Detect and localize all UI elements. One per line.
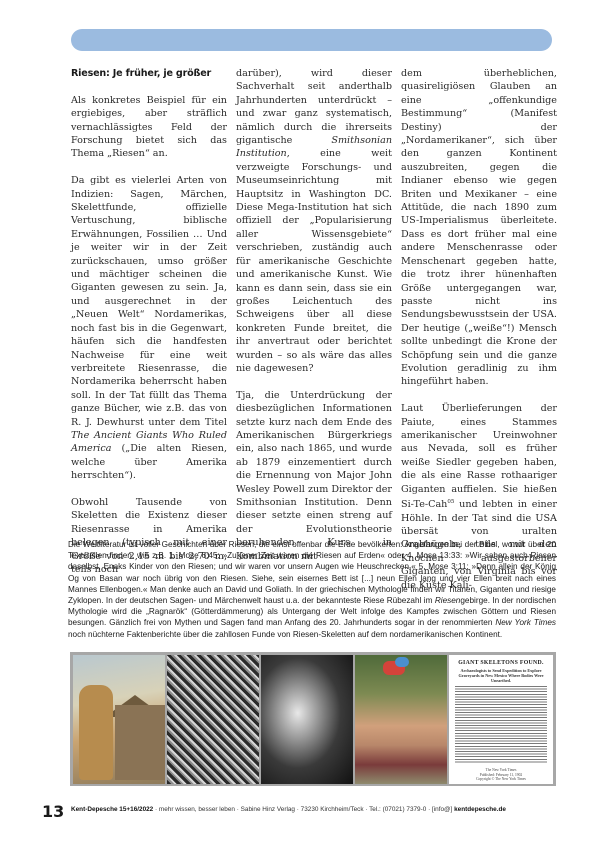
giant-forest-engraving — [167, 655, 259, 784]
newspaper-copyright: Copyright © The New York Times — [455, 777, 547, 782]
top-banner — [71, 29, 552, 51]
paragraph: Als konkretes Beispiel für ein ergiebige… — [71, 94, 227, 161]
image-caption: Die Weltliteratur ist voller Geschichten… — [68, 539, 556, 640]
paragraph: Tja, die Unterdrückung der diesbezüglich… — [236, 389, 392, 563]
newspaper-clipping: GIANT SKELETONS FOUND. Archaeologists to… — [449, 655, 553, 784]
website-link[interactable]: kentdepesche.de — [454, 806, 506, 813]
image-strip: GIANT SKELETONS FOUND. Archaeologists to… — [70, 652, 556, 786]
paragraph: Da gibt es vielerlei Arten von Indizien:… — [71, 174, 227, 482]
giant-bw-illustration — [261, 655, 353, 784]
article-column-3: dem überheblichen, quasireligiösen Glaub… — [401, 67, 557, 605]
sitting-giant-painting — [355, 655, 447, 784]
paragraph: dem überheblichen, quasireligiösen Glaub… — [401, 67, 557, 389]
newspaper-body-text — [455, 686, 547, 764]
article-column-2: darüber), wird dieser Sachverhalt seit a… — [236, 67, 392, 576]
paragraph: darüber), wird dieser Sachverhalt seit a… — [236, 67, 392, 375]
footer: Kent-Depesche 15+16/2022 · mehr wissen, … — [71, 806, 506, 813]
page-number: 13 — [42, 802, 64, 821]
publication-name: Kent-Depesche 15+16/2022 — [71, 806, 153, 813]
newspaper-headline: GIANT SKELETONS FOUND. — [455, 660, 547, 666]
article-heading: Riesen: Je früher, je größer — [71, 67, 227, 80]
giant-hut-illustration — [73, 655, 165, 784]
article-column-1: Riesen: Je früher, je größer Als konkret… — [71, 67, 227, 590]
newspaper-subheadline: Archaeologists to Send Expedition to Exp… — [455, 668, 547, 683]
